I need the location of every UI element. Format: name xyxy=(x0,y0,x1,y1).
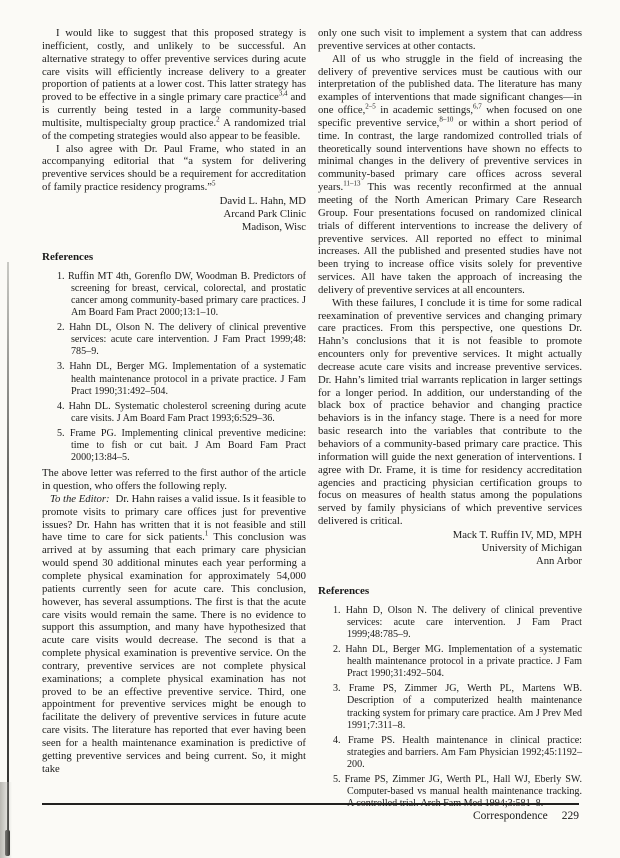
reference-item: Hahn DL, Olson N. The delivery of clinic… xyxy=(57,322,306,358)
references1-list: Ruffin MT 4th, Gorenflo DW, Woodman B. P… xyxy=(57,271,306,464)
reply-paragraph-1-text: Dr. Hahn raises a valid issue. Is it fea… xyxy=(42,493,306,775)
references2-heading: References xyxy=(318,585,582,598)
reference-item: Hahn DL. Systematic cholesterol screenin… xyxy=(57,401,306,425)
journal-page: I would like to suggest that this propos… xyxy=(0,0,620,858)
reply-signature-block: Mack T. Ruffin IV, MD, MPH University of… xyxy=(318,529,582,568)
reply-paragraph-1-left: To the Editor:Dr. Hahn raises a valid is… xyxy=(42,493,306,776)
signature-affiliation: University of Michigan xyxy=(318,542,582,555)
scan-edge-artifact xyxy=(7,262,9,852)
reference-item: Hahn DL, Berger MG. Implementation of a … xyxy=(57,361,306,397)
letter1-signature-block: David L. Hahn, MD Arcand Park Clinic Mad… xyxy=(42,195,306,234)
reply-paragraph-1-right: only one such visit to implement a syste… xyxy=(318,27,582,53)
letter1-paragraph-1: I would like to suggest that this propos… xyxy=(42,27,306,143)
right-column: only one such visit to implement a syste… xyxy=(318,27,582,813)
signature-location: Ann Arbor xyxy=(318,555,582,568)
signature-name: David L. Hahn, MD xyxy=(42,195,306,208)
signature-affiliation: Arcand Park Clinic xyxy=(42,208,306,221)
reference-item: Hahn DL, Berger MG. Implementation of a … xyxy=(333,644,582,680)
reference-item: Frame PG. Implementing clinical preventi… xyxy=(57,428,306,464)
page-number: 229 xyxy=(562,810,579,822)
reply-paragraph-2: All of us who struggle in the field of i… xyxy=(318,53,582,297)
reference-item: Frame PS, Zimmer JG, Werth PL, Martens W… xyxy=(333,683,582,731)
references2-list: Hahn D, Olson N. The delivery of clinica… xyxy=(333,605,582,811)
reference-item: Ruffin MT 4th, Gorenflo DW, Woodman B. P… xyxy=(57,271,306,319)
reference-item: Hahn D, Olson N. The delivery of clinica… xyxy=(333,605,582,641)
reply-salutation: To the Editor: xyxy=(50,493,110,505)
scan-corner-smudge xyxy=(0,782,12,858)
references1-heading: References xyxy=(42,251,306,264)
signature-name: Mack T. Ruffin IV, MD, MPH xyxy=(318,529,582,542)
letter1-paragraph-2: I also agree with Dr. Paul Frame, who st… xyxy=(42,143,306,194)
page-footer: Correspondence229 xyxy=(42,810,579,822)
reply-paragraph-3: With these failures, I conclude it is ti… xyxy=(318,297,582,528)
editorial-note: The above letter was referred to the fir… xyxy=(42,467,306,493)
reference-item: Frame PS. Health maintenance in clinical… xyxy=(333,735,582,771)
footer-section-label: Correspondence xyxy=(473,810,548,822)
signature-location: Madison, Wisc xyxy=(42,221,306,234)
footer-rule xyxy=(42,803,579,805)
left-column: I would like to suggest that this propos… xyxy=(42,27,306,775)
